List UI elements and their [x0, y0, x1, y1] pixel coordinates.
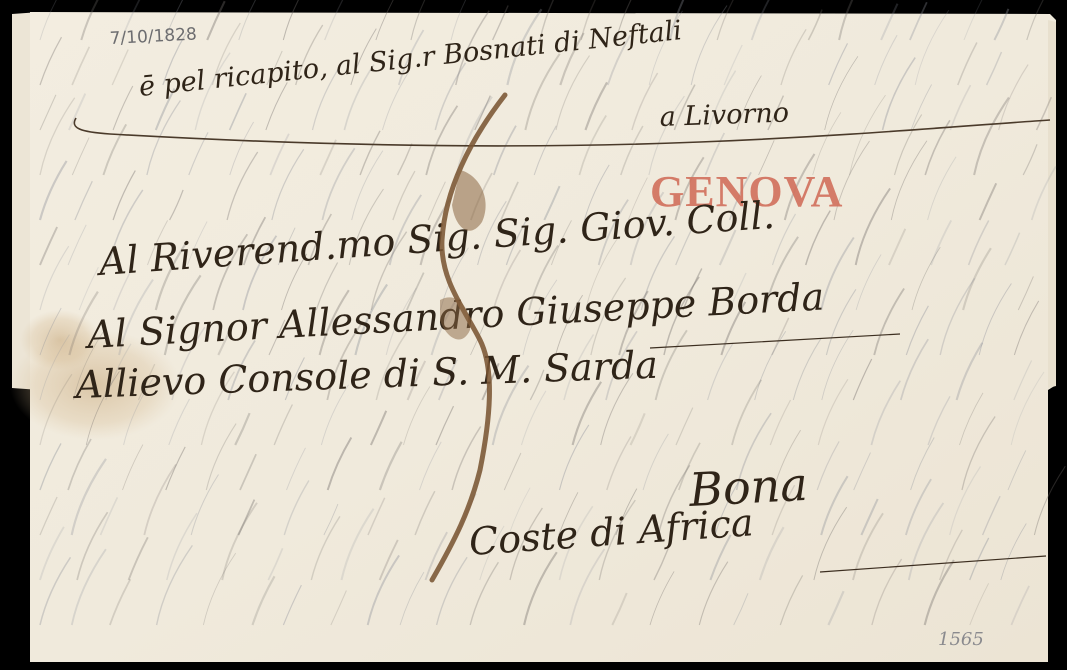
forwarding-note-line2: a Livorno [659, 98, 789, 133]
right-flap-edge [1048, 20, 1056, 388]
letter-scan: 7/10/1828 ē pel ricapito, al Sig.r Bosna… [0, 0, 1067, 670]
faint-docket-number: 1565 [938, 629, 984, 650]
